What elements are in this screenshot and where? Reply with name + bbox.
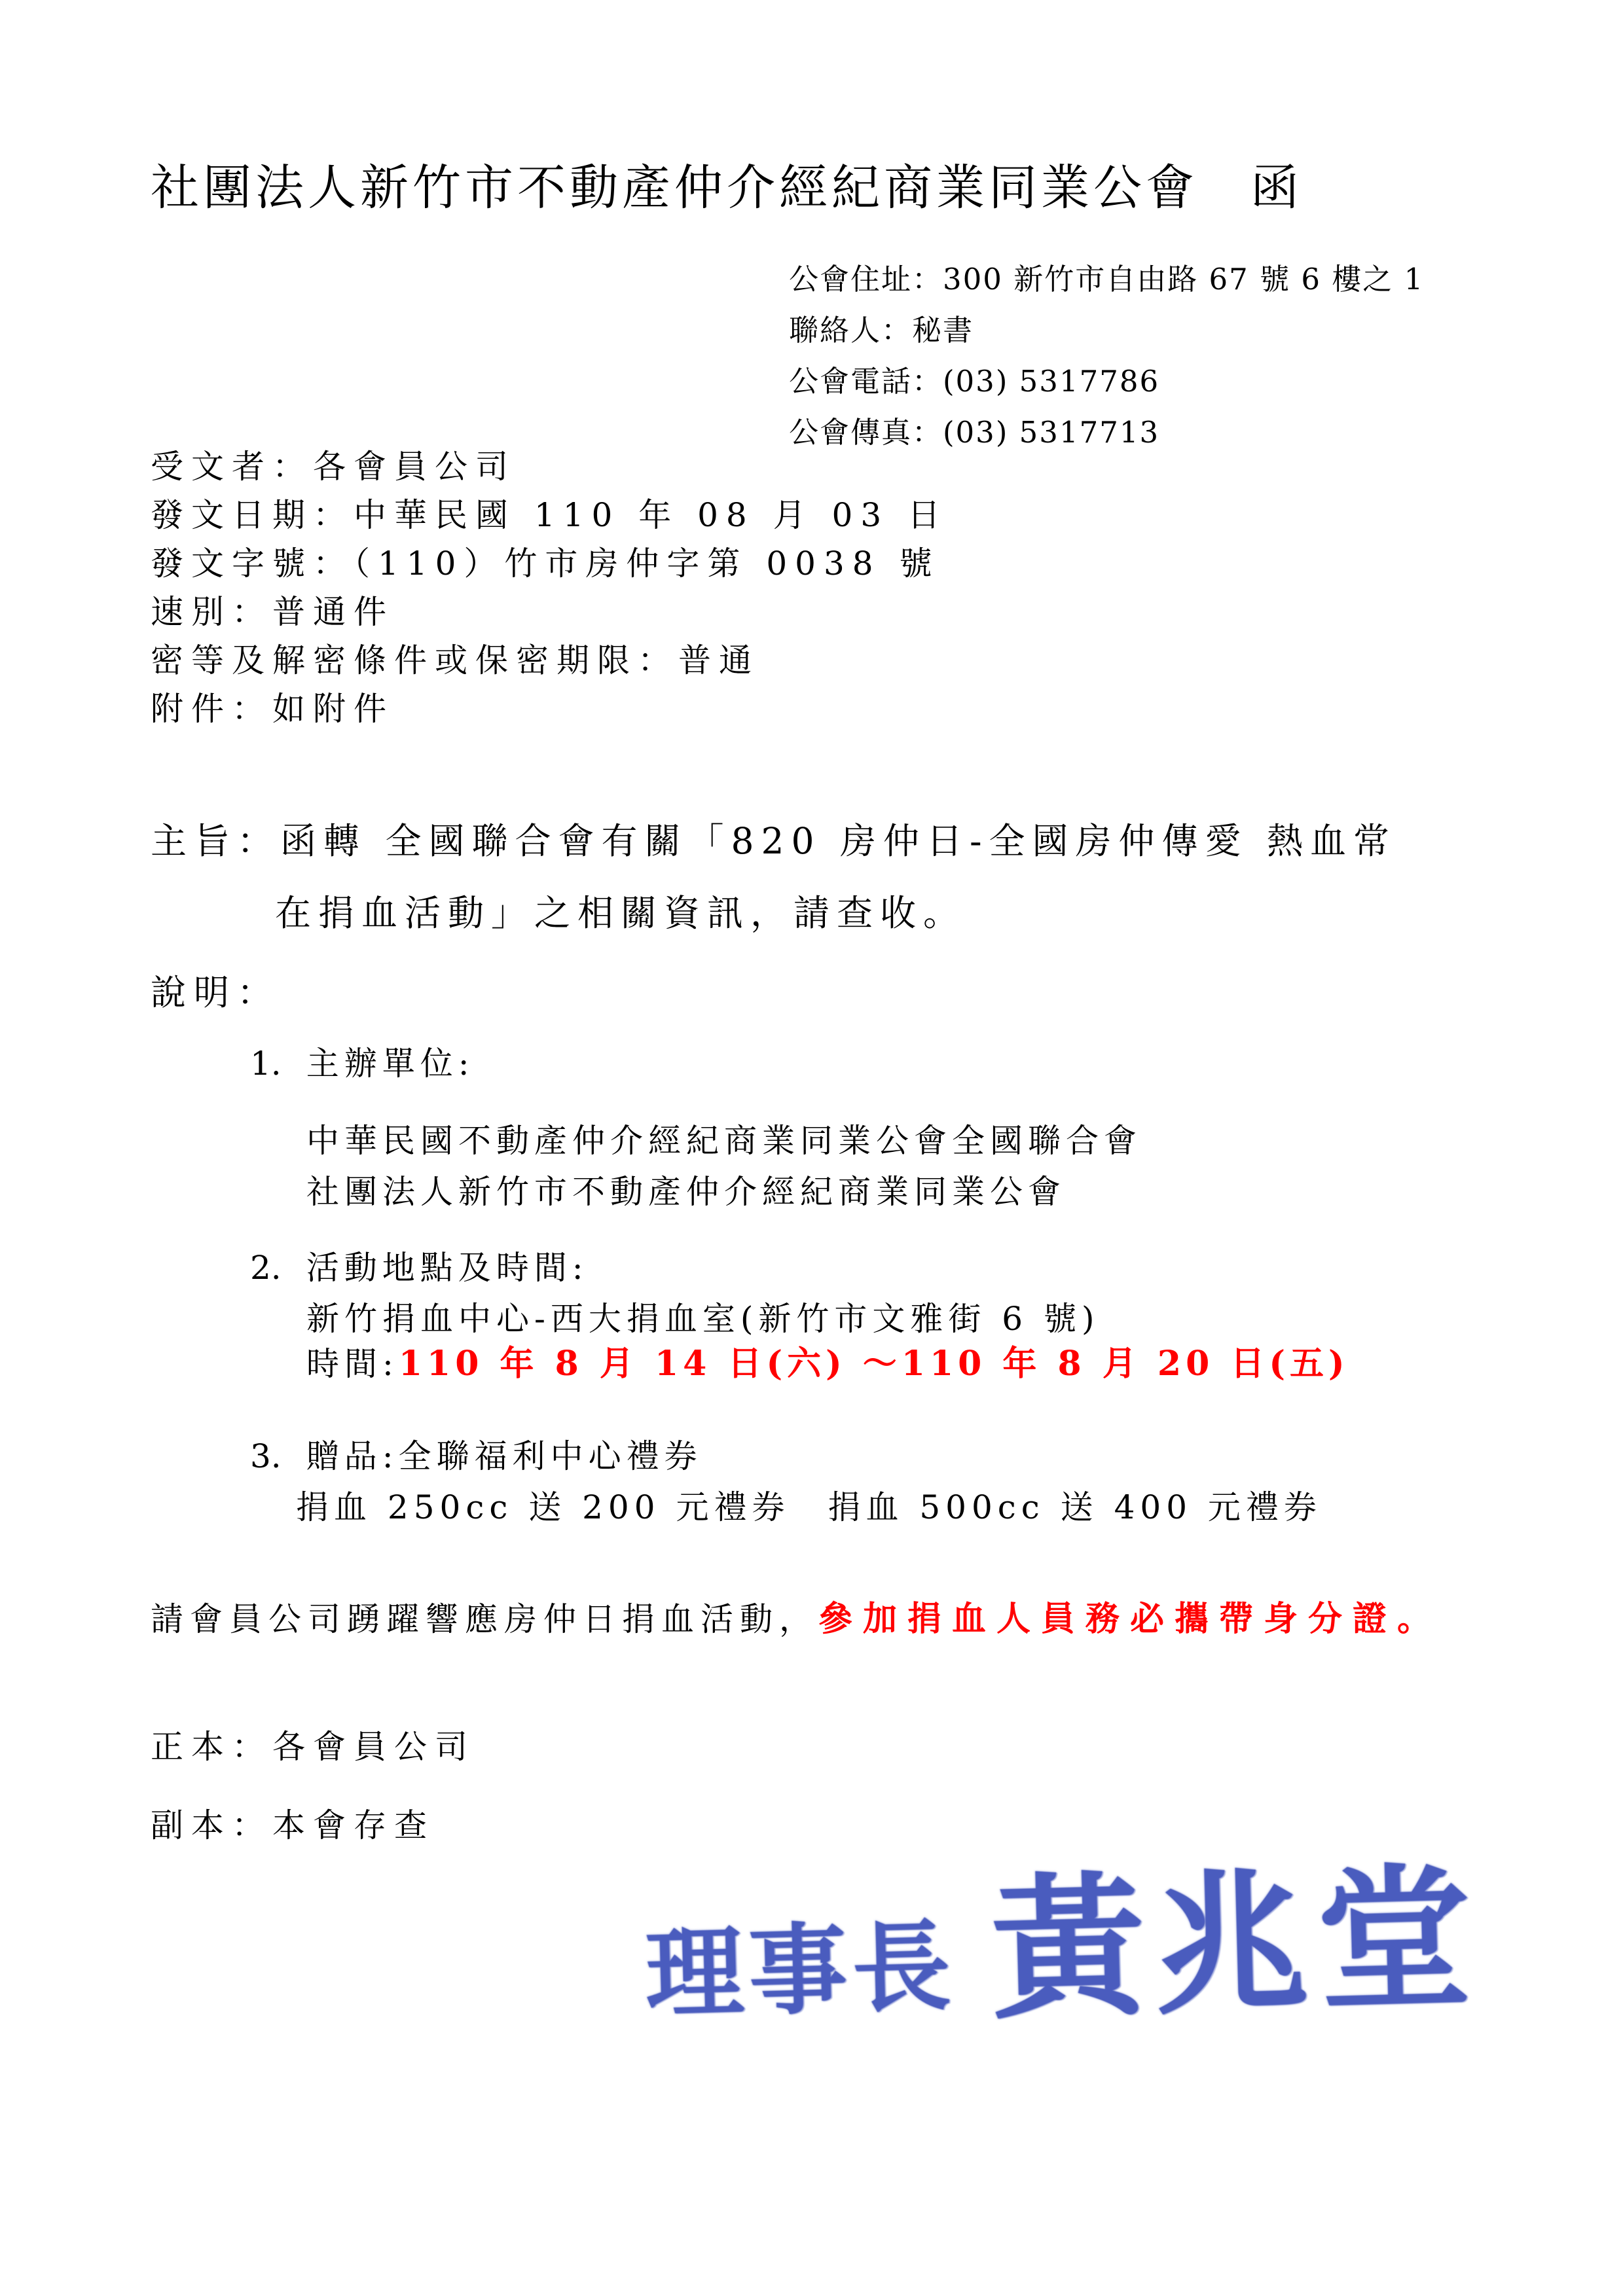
duplicate-copy-line: 副本：本會存查 xyxy=(151,1809,435,1842)
issue-date-line: 發文日期：中華民國 110 年 08 月 03 日 xyxy=(151,499,948,531)
official-letter-page: 社團法人新竹市不動產仲介經紀商業同業公會 函 公會住址：300 新竹市自由路 6… xyxy=(0,0,1623,2296)
association-info-block: 公會住址：300 新竹市自由路 67 號 6 樓之 1 聯絡人：秘書 公會電話：… xyxy=(789,264,1424,469)
letter-title: 社團法人新竹市不動產仲介經紀商業同業公會 函 xyxy=(151,164,1303,212)
explanation-heading: 說明： xyxy=(151,975,280,1011)
chairman-stamp: 理事長 黃兆堂 xyxy=(643,1861,1482,2036)
association-phone: 公會電話：(03) 5317786 xyxy=(789,367,1424,396)
item-2-location: 新竹捐血中心-西大捐血室(新竹市文雅街 6 號) xyxy=(306,1302,1100,1335)
item-2-label: 活動地點及時間: xyxy=(306,1249,589,1287)
item-1-number: 1. xyxy=(250,1047,282,1080)
security-line: 密等及解密條件或保密期限：普通 xyxy=(151,644,948,677)
original-copy-line: 正本：各會員公司 xyxy=(151,1731,475,1763)
subject-line-2: 在捐血活動」之相關資訊，請查收。 xyxy=(275,895,966,931)
item-3-heading: 3.贈品:全聯福利中心禮券 xyxy=(250,1440,702,1473)
item-2-heading: 2.活動地點及時間: xyxy=(250,1251,589,1284)
stamp-name: 黃兆堂 xyxy=(989,1861,1482,2027)
stamp-title: 理事長 xyxy=(644,1917,957,2023)
item-2-time-line: 時間:110 年 8 月 14 日(六) ～110 年 8 月 20 日(五) xyxy=(306,1347,1349,1381)
item-1-heading: 1.主辦單位: xyxy=(250,1047,475,1080)
item-1-label: 主辦單位: xyxy=(306,1045,475,1083)
item-1-organizer-2: 社團法人新竹市不動產仲介經紀商業同業公會 xyxy=(306,1175,1066,1208)
recipient-line: 受文者：各會員公司 xyxy=(151,450,948,483)
subject-line-1: 主旨：函轉 全國聯合會有關「820 房仲日-全國房仲傳愛 熱血常 xyxy=(151,823,1396,859)
item-1-organizer-1: 中華民國不動產仲介經紀商業同業公會全國聯合會 xyxy=(306,1124,1142,1157)
item-3-label: 贈品:全聯福利中心禮券 xyxy=(306,1437,702,1475)
association-contact: 聯絡人：秘書 xyxy=(789,315,1424,345)
item-2-number: 2. xyxy=(250,1251,282,1284)
appeal-highlight: 參加捐血人員務必攜帶身分證。 xyxy=(818,1599,1442,1639)
doc-number-line: 發文字號：（110）竹市房仲字第 0038 號 xyxy=(151,547,948,580)
association-fax: 公會傳真：(03) 5317713 xyxy=(789,418,1424,447)
item-3-number: 3. xyxy=(250,1440,282,1473)
item-2-time-highlight: 110 年 8 月 14 日(六) ～110 年 8 月 20 日(五) xyxy=(399,1344,1349,1384)
speed-line: 速別：普通件 xyxy=(151,596,948,628)
attachment-line: 附件：如附件 xyxy=(151,692,948,725)
item-2-time-prefix: 時間: xyxy=(306,1345,399,1383)
item-3-gift-details: 捐血 250cc 送 200 元禮券 捐血 500cc 送 400 元禮券 xyxy=(296,1491,1322,1524)
association-address: 公會住址：300 新竹市自由路 67 號 6 樓之 1 xyxy=(789,264,1424,294)
appeal-normal: 請會員公司踴躍響應房仲日捐血活動， xyxy=(151,1600,818,1638)
document-meta-block: 受文者：各會員公司 發文日期：中華民國 110 年 08 月 03 日 發文字號… xyxy=(151,450,948,741)
appeal-line: 請會員公司踴躍響應房仲日捐血活動，參加捐血人員務必攜帶身分證。 xyxy=(151,1602,1442,1636)
